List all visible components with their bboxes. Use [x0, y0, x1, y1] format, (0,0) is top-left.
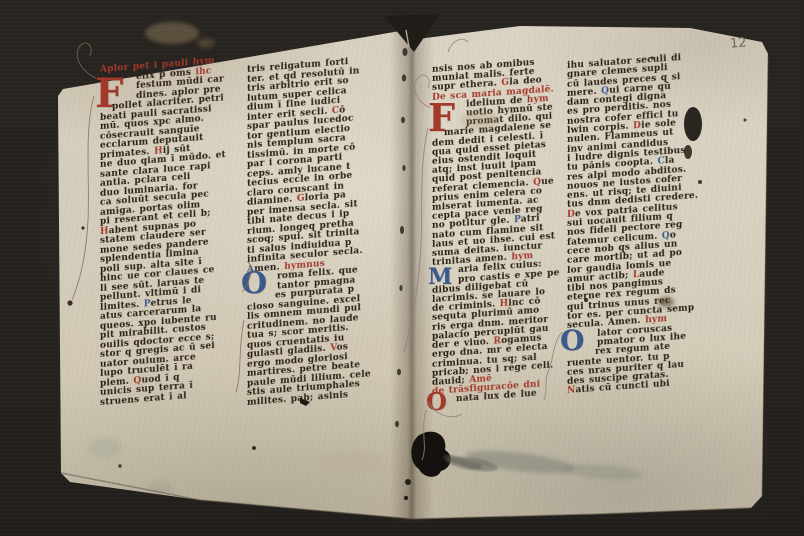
manuscript-photo: Aplor pet i pauli hymelix p oms ihcfestu…	[0, 0, 804, 536]
left-page-column-2: tris religatum fortiter. et qd resolutū …	[247, 55, 389, 408]
drop-cap-O: O	[241, 272, 267, 297]
drop-cap-M: M	[428, 268, 452, 286]
drop-cap-O: O	[560, 330, 584, 353]
drop-cap-F: F	[95, 78, 123, 111]
drop-cap-O: O	[426, 392, 447, 412]
right-page-column-2: ihu saluator seculi dignare clemes supli…	[567, 52, 707, 396]
drop-cap-F: F	[428, 102, 455, 133]
folio-number: 12	[729, 35, 747, 51]
